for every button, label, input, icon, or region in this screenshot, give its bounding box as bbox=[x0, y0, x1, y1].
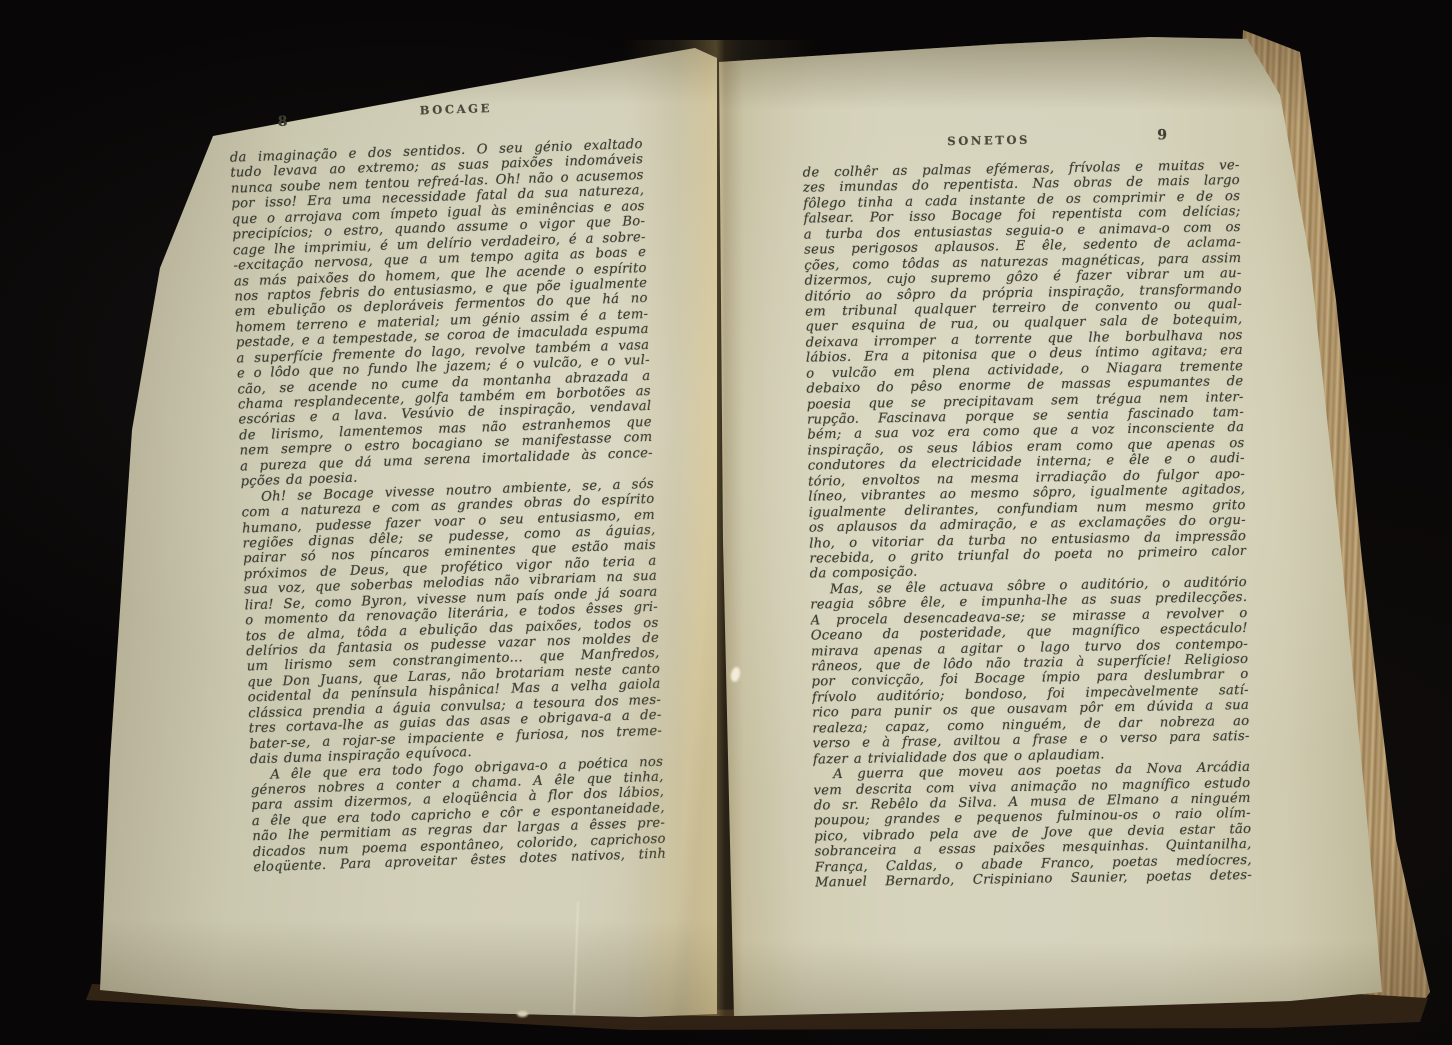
photo-background: 8 BOCAGE da imaginação e dos sentidos. O… bbox=[0, 0, 1452, 1045]
right-page-text-block: SONETOS 9 de colhêr as palmas efémeras, … bbox=[802, 128, 1252, 891]
running-title-left: BOCAGE bbox=[420, 100, 493, 118]
left-page-text-block: 8 BOCAGE da imaginação e dos sentidos. O… bbox=[228, 95, 666, 876]
page-number-left: 8 bbox=[277, 114, 287, 130]
page-number-right: 9 bbox=[1157, 127, 1167, 143]
running-title-right: SONETOS bbox=[947, 132, 1030, 149]
paper-speck bbox=[517, 1011, 528, 1017]
right-page-body-text: de colhêr as palmas efémeras, frívolas e… bbox=[803, 158, 1253, 891]
left-page-body-text: da imaginação e dos sentidos. O seu géni… bbox=[230, 137, 667, 876]
